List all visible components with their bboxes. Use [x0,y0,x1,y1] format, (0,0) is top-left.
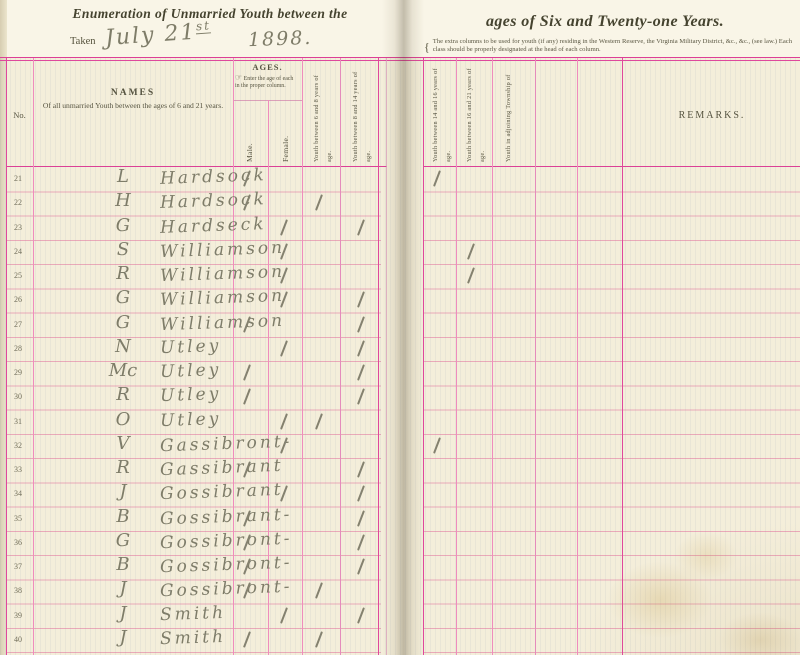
tally-mark-y8_14 [357,340,365,357]
surname-handwriting: Gassibrant [160,456,284,480]
surname-handwriting: Gossibront- [160,528,293,553]
tally-mark-y8_14 [357,219,365,236]
name-initial-handwriting: O [100,409,146,430]
column-header-youth-14-16: Youth between 14 and 16 years of age. [429,65,455,162]
right-page-title: ages of Six and Twenty-one Years. [440,13,770,31]
column-header-female: Female. [278,100,294,162]
surname-handwriting: Utley [160,360,222,382]
ledger-rows: 21LHardsock22HHardsock23GHardseck24SWill… [0,168,800,655]
name-initial-handwriting: R [100,384,146,405]
tally-mark-y8_14 [357,558,365,575]
column-header-ages-title: AGES. [233,62,302,72]
instruction-note: { The extra columns to be used for youth… [424,38,792,56]
name-initial-handwriting: G [100,530,146,551]
taken-date-handwriting: July 21st [104,18,212,51]
surname-handwriting: Utley [160,408,222,430]
tally-mark-y8_14 [357,461,365,478]
tally-mark-y14_16 [433,170,441,187]
taken-label: Taken [70,36,96,47]
column-header-male: Male. [242,100,258,162]
row-number: 22 [4,198,32,207]
row-number: 21 [4,174,32,183]
surname-handwriting: Gossibrant [160,480,284,504]
ledger-row: 39JSmith [0,605,800,629]
ledger-row: 30RUtley [0,386,800,410]
ledger-row: 40JSmith [0,629,800,653]
column-header-no: No. [6,110,33,120]
name-initial-handwriting: G [100,215,146,236]
surname-handwriting: Smith [160,627,227,649]
ledger-row: 28NUtley [0,338,800,362]
tally-mark-y8_14 [357,364,365,381]
ledger-row: 33RGassibrant [0,459,800,483]
name-initial-handwriting: B [100,506,146,527]
column-header-youth-6-8: Youth between 6 and 8 years of age. [310,65,336,162]
surname-handwriting: Gossibront- [160,577,293,602]
row-number: 25 [4,271,32,280]
column-header-names-title: NAMES [33,88,233,98]
column-header-youth-16-21: Youth between 16 and 21 years of age. [463,65,489,162]
tally-mark-y8_14 [357,607,365,624]
tally-mark-y6_8 [315,194,323,211]
row-number: 31 [4,417,32,426]
name-initial-handwriting: J [100,627,146,648]
ledger-row: 38JGossibront- [0,580,800,604]
surname-handwriting: Williamson [160,310,286,334]
name-initial-handwriting: V [100,433,146,454]
name-initial-handwriting: L [100,166,146,187]
tally-mark-y6_8 [315,631,323,648]
surname-handwriting: Utley [160,336,222,358]
ledger-row: 37BGossibront- [0,556,800,580]
rule-header-bottom-right [423,166,800,167]
ledger-row: 35BGossibrant- [0,508,800,532]
instruction-note-text: The extra columns to be used for youth (… [433,38,792,56]
ledger-row: 27GWilliamson [0,314,800,338]
surname-handwriting: Gassibront- [160,431,293,456]
ledger-row: 23GHardseck [0,217,800,241]
name-initial-handwriting: N [100,336,146,357]
tally-mark-male [243,631,251,648]
surname-handwriting: Hardseck [160,214,267,238]
row-number: 37 [4,562,32,571]
surname-handwriting: Williamson [160,238,286,262]
tally-mark-y8_14 [357,388,365,405]
tally-mark-y16_21 [467,243,475,260]
ledger-row: 31OUtley [0,411,800,435]
column-header-remarks: REMARKS. [622,110,800,121]
surname-handwriting: Williamson [160,262,286,286]
row-number: 28 [4,344,32,353]
name-initial-handwriting: H [100,190,146,211]
tally-mark-y6_8 [315,582,323,599]
name-initial-handwriting: J [100,481,146,502]
name-initial-handwriting: J [100,603,146,624]
tally-mark-male [243,388,251,405]
tally-mark-y8_14 [357,534,365,551]
tally-mark-female [280,607,288,624]
surname-handwriting: Utley [160,384,222,406]
ledger-row: 26GWilliamson [0,289,800,313]
row-number: 39 [4,611,32,620]
ledger-row: 21LHardsock [0,168,800,192]
column-header-youth-8-14: Youth between 8 and 14 years of age. [349,65,375,162]
ledger-row: 24SWilliamson [0,241,800,265]
row-number: 30 [4,392,32,401]
tally-mark-male [243,364,251,381]
row-number: 29 [4,368,32,377]
row-number: 33 [4,465,32,474]
name-initial-handwriting: S [100,239,146,260]
row-number: 40 [4,635,32,644]
name-initial-handwriting: Mc [100,360,146,381]
surname-handwriting: Williamson [160,286,286,310]
ledger-row: 29McUtley [0,362,800,386]
name-initial-handwriting: G [100,287,146,308]
tally-mark-y16_21 [467,267,475,284]
row-number: 24 [4,247,32,256]
surname-handwriting: Hardsock [160,189,267,213]
tally-mark-female [280,219,288,236]
surname-handwriting: Gossibront- [160,553,293,578]
tally-mark-y8_14 [357,485,365,502]
tally-mark-y14_16 [433,437,441,454]
ordinal-suffix: st [195,18,211,34]
ledger-sheet: Enumeration of Unmarried Youth between t… [0,0,800,655]
row-number: 34 [4,489,32,498]
tally-mark-y8_14 [357,291,365,308]
name-initial-handwriting: R [100,263,146,284]
row-number: 35 [4,514,32,523]
rule-top-1 [0,57,800,58]
name-initial-handwriting: G [100,312,146,333]
column-header-names-sub: Of all unmarried Youth between the ages … [38,101,228,110]
ledger-row: 36GGossibront- [0,532,800,556]
tally-mark-y8_14 [357,510,365,527]
rule-top-2 [0,60,800,61]
ledger-row: 32VGassibront- [0,435,800,459]
brace-glyph: { [424,38,430,56]
tally-mark-y6_8 [315,413,323,430]
ledger-row: 25RWilliamson [0,265,800,289]
taken-year-handwriting: 1898. [248,27,313,51]
name-initial-handwriting: R [100,457,146,478]
tally-mark-female [280,413,288,430]
column-header-ages-note: ☞ Enter the age of each in the proper co… [235,73,299,90]
tally-mark-female [280,340,288,357]
ledger-row: 34JGossibrant [0,483,800,507]
row-number: 38 [4,586,32,595]
tally-mark-y8_14 [357,316,365,333]
name-initial-handwriting: J [100,578,146,599]
pointing-hand-icon: ☞ [235,73,242,82]
row-number: 32 [4,441,32,450]
surname-handwriting: Hardsock [160,165,267,189]
surname-handwriting: Gossibrant- [160,504,293,529]
column-header-adjoining-township: Youth in adjoining Township of [502,65,528,162]
ledger-row: 22HHardsock [0,192,800,216]
row-number: 26 [4,295,32,304]
row-number: 23 [4,223,32,232]
row-number: 27 [4,320,32,329]
name-initial-handwriting: B [100,554,146,575]
surname-handwriting: Smith [160,602,227,624]
row-number: 36 [4,538,32,547]
